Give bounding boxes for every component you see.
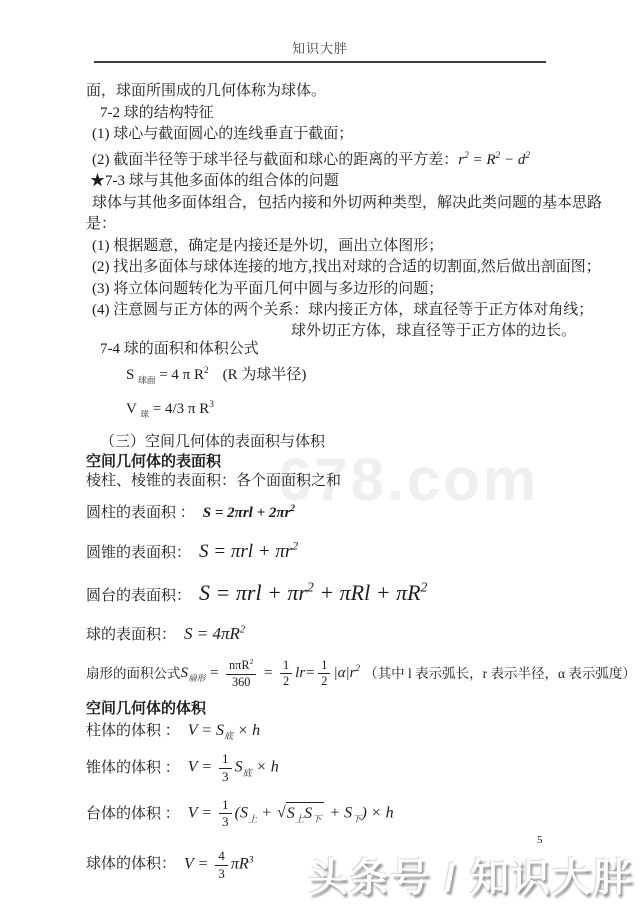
sphere-surface-label: 球的表面积： (86, 627, 176, 643)
cone-volume-line: 锥体的体积 ：V = 13S底 × h (86, 753, 600, 785)
cylinder-surface-label: 圆柱的表面积 ： (86, 505, 195, 521)
page-number: 5 (537, 834, 543, 846)
cone-surface-label: 圆锥的表面积： (86, 545, 191, 561)
section-7-3-item-4: (4) 注意圆与正方体的两个关系：球内接正方体，球直径等于正方体对角线； (86, 300, 600, 322)
radius-note: (R 为球半径) (223, 367, 307, 383)
frustum-volume-line: 台体的体积 ：V = 13(S上 + √S上S下 + S下) × h (86, 797, 600, 833)
prism-volume-line: 柱体的体积 ：V = S底 × h (86, 719, 600, 749)
page-header: 知识大胖 (94, 0, 546, 63)
section-7-4-title: 7-4 球的面积和体积公式 (86, 340, 600, 359)
sphere-surface-line: 球的表面积：S = 4πR2 (86, 616, 600, 649)
section-7-3-intro-2: 是： (86, 214, 600, 236)
frustum-surface-label: 圆台的表面积： (86, 588, 191, 604)
part-3-title: （三）空间几何体的表面积与体积 (86, 433, 600, 452)
frustum-volume-label: 台体的体积 ： (86, 804, 180, 826)
volume-heading: 空间几何体的体积 (86, 699, 600, 719)
prism-volume-label: 柱体的体积 ： (86, 723, 180, 739)
cylinder-surface-line: 圆柱的表面积 ：S = 2πrl + 2πr2 (86, 496, 600, 526)
section-7-3-item-3: (3) 将立体问题转化为平面几何中圆与多边形的问题； (86, 279, 600, 301)
section-7-3-title: ★7-3 球与其他多面体的组合体的问题 (86, 171, 600, 193)
prism-surface-line: 棱柱、棱锥的表面积：各个面面积之和 (86, 471, 600, 492)
sphere-surface-formula: S = 4πR2 (184, 624, 245, 643)
sphere-surface-formula-74: S 球面 = 4 π R2(R 为球半径) (86, 359, 600, 393)
item-2-label: (2) 截面半径等于球半径与截面和球心的距离的平方差： (92, 152, 458, 168)
prism-volume-formula: V = S底 × h (188, 722, 260, 739)
frustum-surface-formula: S = πrl + πr2 + πRl + πR2 (199, 580, 427, 605)
sphere-volume-formula: V = 43πR3 (184, 849, 254, 881)
sector-area-line: 扇形的面积公式S扇形 = nπR2360 = 12lr=12|α|r2（其中 l… (86, 655, 600, 693)
header-title: 知识大胖 (94, 38, 546, 61)
item-2-formula: r2 = R2 − d2 (458, 152, 530, 168)
cone-surface-formula: S = πrl + πr2 (199, 541, 298, 562)
section-7-3-item-1: (1) 根据题意，确定是内接还是外切，画出立体图形； (86, 236, 600, 258)
formula: S 球面 = 4 π R2 (126, 367, 209, 383)
cone-volume-formula: V = 13S底 × h (188, 752, 279, 785)
sphere-volume-formula-74: V 球 = 4/3 π R3 (86, 393, 600, 427)
cone-volume-label: 锥体的体积 ： (86, 758, 180, 780)
section-7-3-item-2: (2) 找出多面体与球体连接的地方,找出对球的合适的切割面,然后做出剖面图； (86, 257, 600, 279)
cylinder-surface-formula: S = 2πrl + 2πr2 (203, 505, 295, 521)
surface-area-heading: 空间几何体的表面积 (86, 452, 600, 471)
frustum-volume-formula: V = 13(S上 + √S上S下 + S下) × h (188, 798, 394, 832)
bottom-watermark: 头条号 / 知识大胖 (308, 847, 634, 903)
sector-area-note: （其中 l 表示弧长，r 表示半径，α 表示弧度） (364, 663, 636, 685)
section-7-3-intro-1: 球体与其他多面体组合，包括内接和外切两种类型，解决此类问题的基本思路 (86, 193, 600, 215)
header-rule (94, 61, 546, 63)
sector-area-label: 扇形的面积公式 (86, 663, 181, 685)
section-7-2-item-1: (1) 球心与截面圆心的连线垂直于截面； (86, 124, 600, 146)
intro-line: 面，球面所围成的几何体称为球体。 (86, 81, 600, 103)
section-7-2-title: 7-2 球的结构特征 (86, 103, 600, 125)
document-body: 面，球面所围成的几何体称为球体。 7-2 球的结构特征 (1) 球心与截面圆心的… (0, 63, 640, 883)
document-page: 678.com 知识大胖 面，球面所围成的几何体称为球体。 7-2 球的结构特征… (0, 0, 640, 905)
section-7-3-item-4-cont: 球外切正方体，球直径等于正方体的边长。 (86, 322, 600, 340)
sphere-volume-label: 球体的体积： (86, 854, 176, 876)
sector-area-formula: S扇形 = nπR2360 = 12lr=12|α|r2 (181, 658, 361, 690)
frustum-surface-line: 圆台的表面积：S = πrl + πr2 + πRl + πR2 (86, 572, 600, 612)
section-7-2-item-2: (2) 截面半径等于球半径与截面和球心的距离的平方差：r2 = R2 − d2 (86, 146, 600, 172)
cone-surface-line: 圆锥的表面积：S = πrl + πr2 (86, 532, 600, 568)
